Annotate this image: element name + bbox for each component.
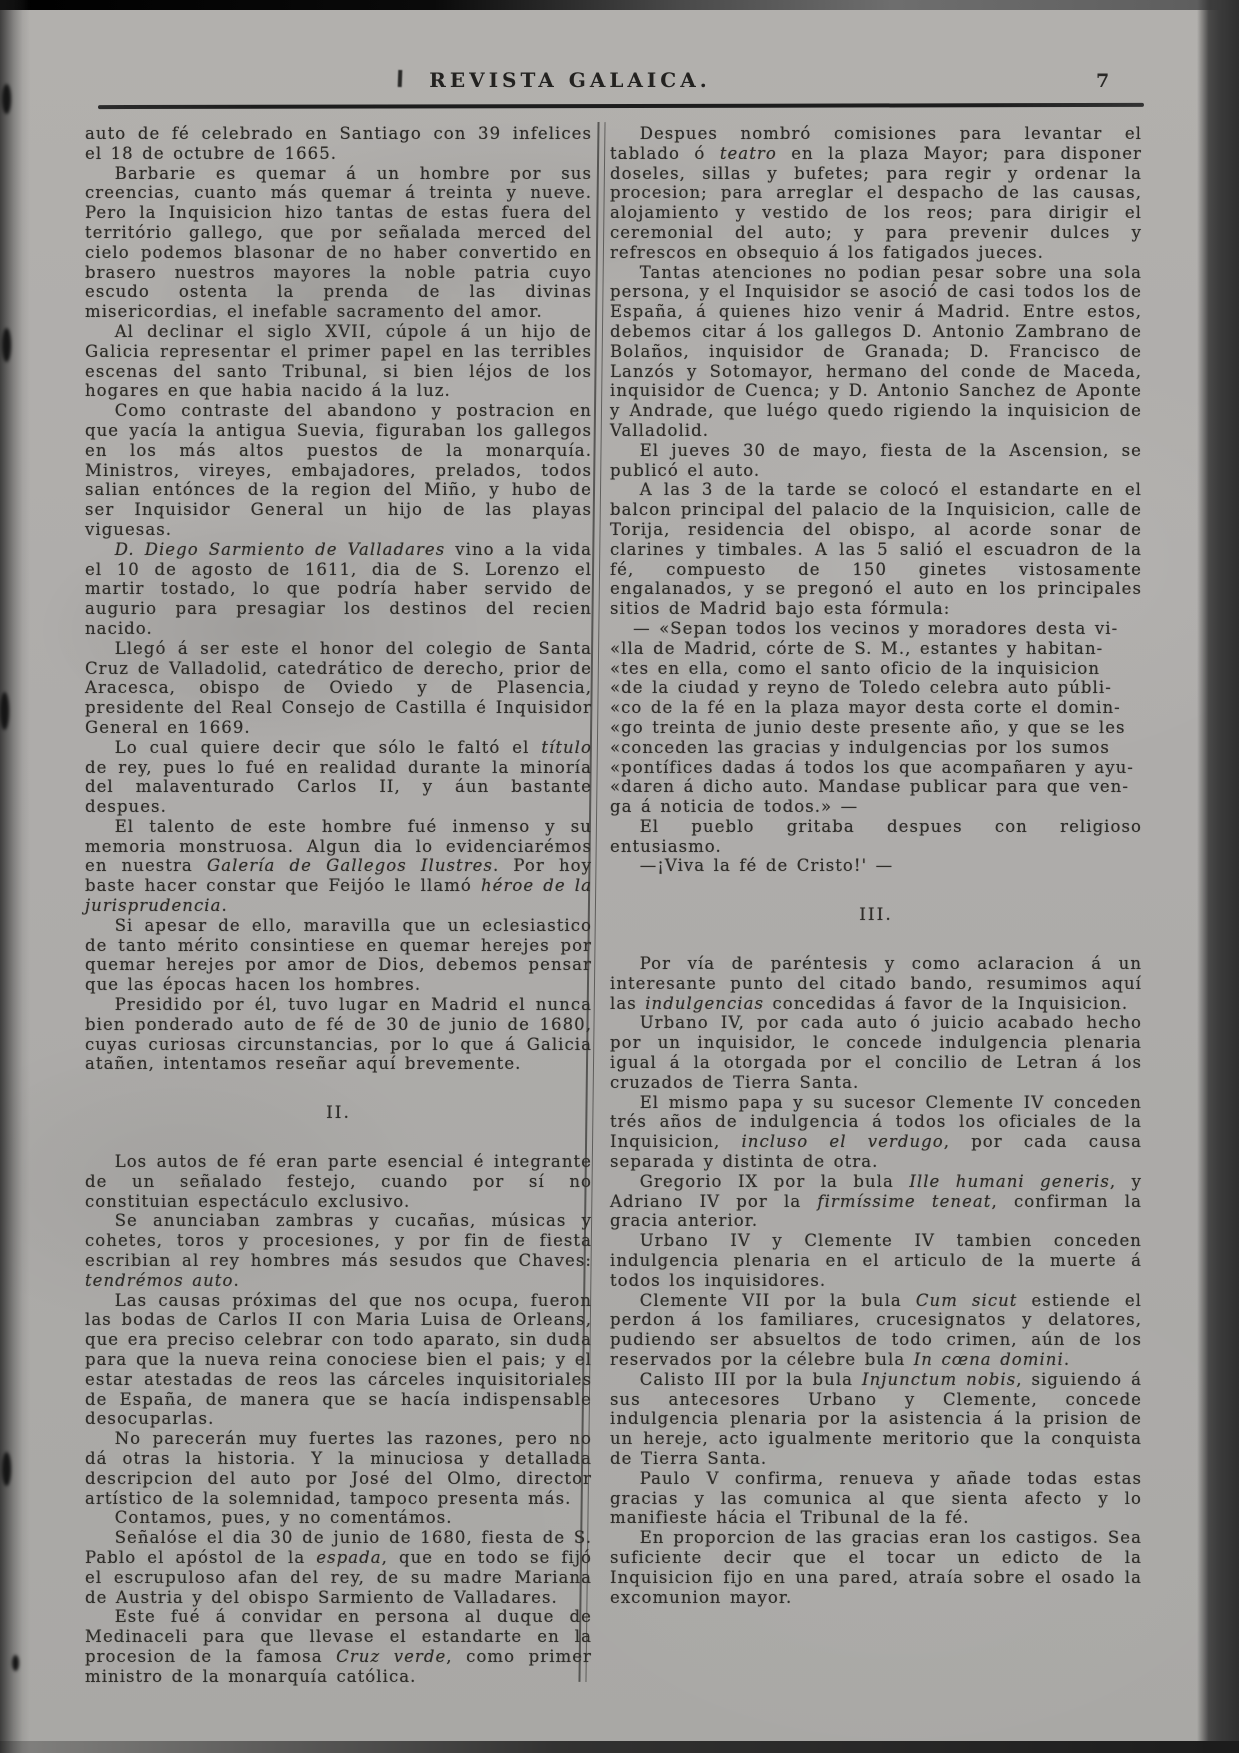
paragraph: No parecerán muy fuertes las razones, pe… xyxy=(85,1429,592,1508)
paragraph: El pueblo gritaba despues con religioso … xyxy=(610,817,1142,857)
section-heading: II. xyxy=(85,1104,592,1124)
paragraph: Los autos de fé eran parte esencial é in… xyxy=(85,1152,592,1211)
paragraph: El jueves 30 de mayo, fiesta de la Ascen… xyxy=(610,441,1142,481)
paragraph: El mismo papa y su sucesor Clemente IV c… xyxy=(610,1093,1142,1172)
paragraph: Lo cual quiere decir que sólo le faltó e… xyxy=(85,738,592,817)
page-number: 7 xyxy=(1096,70,1109,92)
quote-line: «conceden las gracias y indulgencias por… xyxy=(610,738,1142,758)
paragraph: Al declinar el siglo XVII, cúpole á un h… xyxy=(85,322,592,401)
paragraph: Si apesar de ello, maravilla que un ecle… xyxy=(85,916,592,995)
paragraph: Urbano IV, por cada auto ó juicio acabad… xyxy=(610,1013,1142,1092)
binding-stitch xyxy=(0,692,9,730)
paragraph: Tantas atenciones no podian pesar sobre … xyxy=(610,263,1142,441)
paragraph: Clemente VII por la bula Cum sicut estie… xyxy=(610,1291,1142,1370)
quote-line: ga á noticia de todos.» — xyxy=(610,797,1142,817)
scan-top-edge xyxy=(0,0,1239,10)
paragraph: Llegó á ser este el honor del colegio de… xyxy=(85,639,592,738)
ink-mark xyxy=(398,70,403,87)
paragraph: El talento de este hombre fué inmenso y … xyxy=(85,817,592,916)
paragraph: Por vía de paréntesis y como aclaracion … xyxy=(610,954,1142,1013)
paragraph: En proporcion de las gracias eran los ca… xyxy=(610,1528,1142,1607)
left-column: auto de fé celebrado en Santiago con 39 … xyxy=(85,124,592,1687)
scan-right-edge xyxy=(1197,0,1239,1753)
paragraph: A las 3 de la tarde se colocó el estanda… xyxy=(610,480,1142,619)
quote-line: «lla de Madrid, córte de S. M., estantes… xyxy=(610,639,1142,659)
paragraph: Se anunciaban zambras y cucañas, músicas… xyxy=(85,1211,592,1290)
quote-line: — «Sepan todos los vecinos y moradores d… xyxy=(610,619,1142,639)
proclamation-quote: — «Sepan todos los vecinos y moradores d… xyxy=(610,619,1142,817)
binding-stitch xyxy=(2,84,11,114)
paragraph: D. Diego Sarmiento de Valladares vino a … xyxy=(85,540,592,639)
binding-gutter xyxy=(0,0,30,1753)
paragraph: Contamos, pues, y no comentámos. xyxy=(85,1508,592,1528)
masthead-title: REVISTA GALAICA. xyxy=(429,68,710,92)
scanned-page: REVISTA GALAICA. 7 auto de fé celebrado … xyxy=(0,0,1239,1753)
quote-line: «de la ciudad y reyno de Toledo celebra … xyxy=(610,678,1142,698)
binding-stitch xyxy=(2,328,11,362)
section-heading: III. xyxy=(610,906,1142,926)
paragraph: Barbarie es quemar á un hombre por sus c… xyxy=(85,164,592,322)
binding-stitch xyxy=(2,1452,11,1486)
scan-bottom-edge xyxy=(0,1741,1239,1753)
paragraph: Gregorio IX por la bula Ille humani gene… xyxy=(610,1172,1142,1231)
quote-line: «go treinta de junio deste presente año,… xyxy=(610,718,1142,738)
paragraph: Despues nombró comisiones para levantar … xyxy=(610,124,1142,263)
quote-line: «daren á dicho auto. Mandase publicar pa… xyxy=(610,777,1142,797)
paragraph: Este fué á convidar en persona al duque … xyxy=(85,1607,592,1686)
paragraph: auto de fé celebrado en Santiago con 39 … xyxy=(85,124,592,164)
paragraph: Señalóse el dia 30 de junio de 1680, fie… xyxy=(85,1528,592,1607)
right-column: Despues nombró comisiones para levantar … xyxy=(610,124,1142,1607)
header-rule xyxy=(98,103,1144,109)
paragraph: Paulo V confirma, renueva y añade todas … xyxy=(610,1469,1142,1528)
quote-line: «pontífices dadas á todos los que acompa… xyxy=(610,758,1142,778)
paragraph: Calisto III por la bula Injunctum nobis,… xyxy=(610,1370,1142,1469)
binding-stitch xyxy=(12,1655,19,1671)
paragraph: Urbano IV y Clemente IV tambien conceden… xyxy=(610,1231,1142,1290)
quote-line: «co de la fé en la plaza mayor desta cor… xyxy=(610,698,1142,718)
paragraph: Presidido por él, tuvo lugar en Madrid e… xyxy=(85,995,592,1074)
paragraph: —¡Viva la fé de Cristo!' — xyxy=(610,856,1142,876)
quote-line: «tes en ella, como el santo oficio de la… xyxy=(610,659,1142,679)
paragraph: Como contraste del abandono y postracion… xyxy=(85,401,592,540)
paragraph: Las causas próximas del que nos ocupa, f… xyxy=(85,1291,592,1430)
